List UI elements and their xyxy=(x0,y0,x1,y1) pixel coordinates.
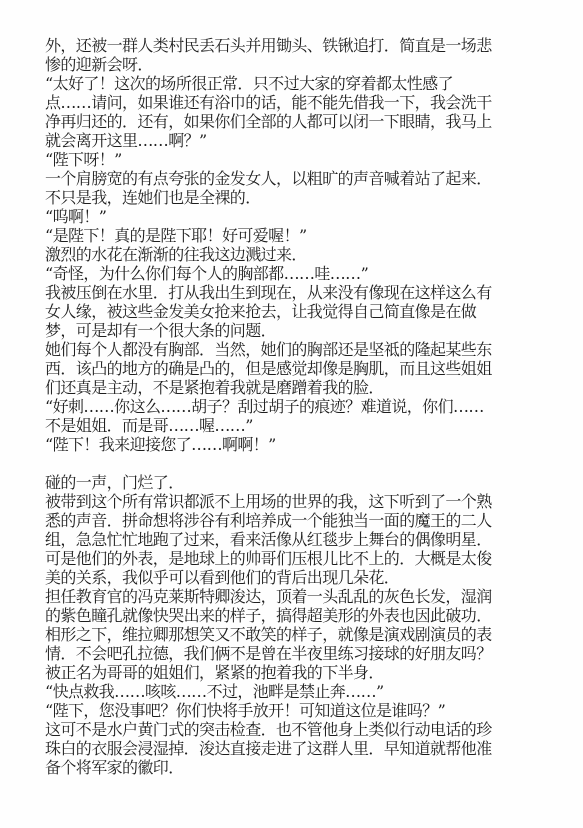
text-line: 惨的迎新会呀． xyxy=(45,55,555,74)
text-line: 被带到这个所有常识都派不上用场的世界的我，这下听到了一个熟 xyxy=(45,492,555,511)
text-line: 可是他们的外表，是地球上的帅哥们压根儿比不上的．大概是太俊 xyxy=(45,549,555,568)
text-line: 我被压倒在水里．打从我出生到现在，从来没有像现在这样这么有 xyxy=(45,283,555,302)
text-line: 组，急急忙忙地跑了过来，看来活像从红毯步上舞台的偶像明星． xyxy=(45,530,555,549)
text-line: “是陛下！真的是陛下耶！好可爱喔！” xyxy=(45,226,555,245)
text-line: 就会离开这里……啊？” xyxy=(45,131,555,150)
text-line: 美的关系，我似乎可以看到他们的背后出现几朵花． xyxy=(45,568,555,587)
text-line: “快点救我……咳咳……不过，池畔是禁止奔……” xyxy=(45,682,555,701)
blank-line xyxy=(45,454,555,473)
text-line: 备个将军家的徽印． xyxy=(45,758,555,777)
text-line: “呜啊！” xyxy=(45,207,555,226)
text-line: “陛下！我来迎接您了……啊啊！” xyxy=(45,435,555,454)
document-page: 外，还被一群人类村民丢石头并用锄头、铁锹追打．简直是一场悲惨的迎新会呀．“太好了… xyxy=(0,0,583,828)
text-line: 担任教育官的冯克莱斯特卿浚达，顶着一头乱乱的灰色长发，湿润 xyxy=(45,587,555,606)
text-line: 不只是我，连她们也是全裸的． xyxy=(45,188,555,207)
text-block: 外，还被一群人类村民丢石头并用锄头、铁锹追打．简直是一场悲惨的迎新会呀．“太好了… xyxy=(45,36,555,777)
text-line: 净再归还的．还有，如果你们全部的人都可以闭一下眼睛，我马上 xyxy=(45,112,555,131)
text-line: 梦，可是却有一个很大条的问题． xyxy=(45,321,555,340)
text-line: “好刺……你这么……胡子？刮过胡子的痕迹？难道说，你们…… xyxy=(45,397,555,416)
text-line: 这可不是水户黄门式的突击检查．也不管他身上类似行动电话的珍 xyxy=(45,720,555,739)
text-line: 西．该凸的地方的确是凸的，但是感觉却像是胸肌，而且这些姐姐 xyxy=(45,359,555,378)
text-lines: 外，还被一群人类村民丢石头并用锄头、铁锹追打．简直是一场悲惨的迎新会呀．“太好了… xyxy=(45,36,555,777)
text-line: 情．不会吧孔拉德，我们俩不是曾在半夜里练习接球的好朋友吗？ xyxy=(45,644,555,663)
text-line: 们还真是主动，不是紧抱着我就是磨蹭着我的脸． xyxy=(45,378,555,397)
text-line: 珠白的衣服会浸湿掉．浚达直接走进了这群人里．早知道就帮他准 xyxy=(45,739,555,758)
text-line: 的紫色瞳孔就像快哭出来的样子，搞得超美形的外表也因此破功． xyxy=(45,606,555,625)
text-line: “太好了！这次的场所很正常．只不过大家的穿着都太性感了 xyxy=(45,74,555,93)
text-line: 她们每个人都没有胸部．当然，她们的胸部还是坚祗的隆起某些东 xyxy=(45,340,555,359)
text-line: “陛下呀！” xyxy=(45,150,555,169)
text-line: 悉的声音．拼命想将涉谷有利培养成一个能独当一面的魔王的二人 xyxy=(45,511,555,530)
text-line: 激烈的水花在渐渐的往我这边溅过来． xyxy=(45,245,555,264)
text-line: 碰的一声，门烂了． xyxy=(45,473,555,492)
text-line: “奇怪，为什么你们每个人的胸部都……哇……” xyxy=(45,264,555,283)
text-line: 不是姐姐．而是哥……喔……” xyxy=(45,416,555,435)
text-line: “陛下，您没事吧？你们快将手放开！可知道这位是谁吗？” xyxy=(45,701,555,720)
text-line: 外，还被一群人类村民丢石头并用锄头、铁锹追打．简直是一场悲 xyxy=(45,36,555,55)
text-line: 一个肩膀宽的有点夸张的金发女人，以粗旷的声音喊着站了起来． xyxy=(45,169,555,188)
text-line: 点……请问，如果谁还有浴巾的话，能不能先借我一下，我会洗干 xyxy=(45,93,555,112)
text-line: 被正名为哥哥的姐姐们，紧紧的抱着我的下半身． xyxy=(45,663,555,682)
text-line: 相形之下，维拉卿那想笑又不敢笑的样子，就像是演戏剧演员的表 xyxy=(45,625,555,644)
text-line: 女人缘，被这些金发美女抢来抢去，让我觉得自己简直像是在做 xyxy=(45,302,555,321)
